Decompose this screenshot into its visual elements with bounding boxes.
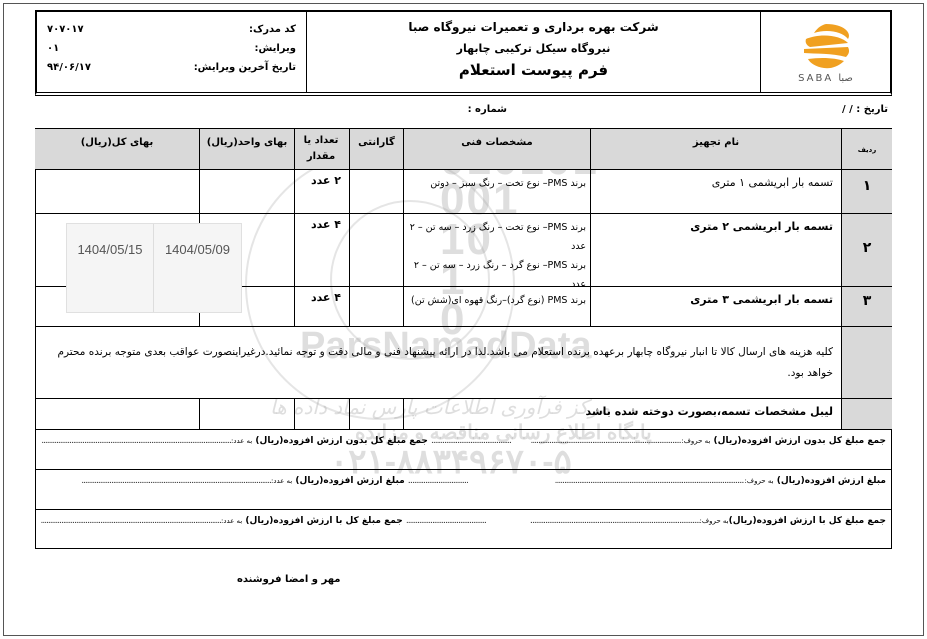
row-number: ۱: [841, 169, 892, 213]
sum-without-vat-words[interactable]: جمع مبلغ کل بدون ارزش افزوده(ریال) به حر…: [531, 436, 886, 446]
item-qty: ۴ عدد: [294, 213, 349, 286]
sum-suffix: به حروف:: [681, 437, 710, 445]
label-row-unit-price: [199, 398, 294, 429]
header-titles: شرکت بهره برداری و تعمیرات نیروگاه صبا ن…: [307, 12, 760, 92]
form-header: کد مدرک: ۷۰۷۰۱۷ ویرایش: ۰۱ تاریخ آخرین و…: [35, 10, 892, 96]
label-row-total-price: [35, 398, 199, 429]
col-header-name: نام تجهیز: [590, 128, 841, 169]
vat-row: مبلغ ارزش افزوده(ریال) به حروف:.........…: [35, 469, 892, 509]
meta-label: کد مدرک:: [249, 20, 296, 39]
item-warranty[interactable]: [349, 213, 403, 286]
col-header-qty: تعداد یا مقدار: [294, 128, 349, 169]
label-row-warranty: [349, 398, 403, 429]
form-title: فرم پیوست استعلام: [307, 61, 760, 79]
vat-digits[interactable]: ........................................…: [41, 476, 468, 486]
items-table: ردیف نام تجهیز مشخصات فنی گارانتی تعداد …: [35, 128, 892, 549]
date-field: تاریخ : / /: [842, 104, 888, 115]
sum-with-vat-row: جمع مبلغ کل با ارزش افزوده(ریال)به حروف:…: [35, 509, 892, 550]
date-number-row: تاریخ : / / شماره :: [35, 100, 892, 122]
sum-without-vat-digits[interactable]: ........................................…: [41, 436, 511, 446]
spec-line: برند PMS– نوع تخت – رنگ زرد – سه تن – ۲ …: [408, 218, 586, 256]
sum-with-vat-digits[interactable]: ........................................…: [41, 516, 486, 526]
logo-text-latin: SABA: [798, 73, 833, 84]
meta-value: ۷۰۷۰۱۷: [47, 20, 84, 39]
saba-logo: SABA صبا: [760, 12, 890, 92]
meta-value: ۹۴/۰۶/۱۷: [47, 58, 91, 77]
meta-last-revision-date: تاریخ آخرین ویرایش: ۹۴/۰۶/۱۷: [47, 58, 296, 77]
fill-dots: ........................................…: [530, 516, 700, 526]
col-header-warranty: گارانتی: [349, 128, 403, 169]
row-number: ۲: [841, 213, 892, 286]
fill-dots: ........................................…: [41, 516, 221, 526]
sum-suffix: به عدد:: [271, 477, 292, 485]
item-qty: ۲ عدد: [294, 169, 349, 213]
number-field: شماره :: [468, 104, 507, 115]
meta-doc-code: کد مدرک: ۷۰۷۰۱۷: [47, 20, 296, 39]
sum-label: مبلغ ارزش افزوده(ریال): [777, 476, 886, 486]
fill-dots: ........................................…: [431, 436, 511, 446]
note-row-marker: [841, 326, 892, 398]
item-unit-price[interactable]: [199, 169, 294, 213]
sum-label: جمع مبلغ کل با ارزش افزوده(ریال): [245, 516, 402, 526]
meta-value: ۰۱: [47, 39, 59, 58]
saba-logo-icon: [796, 21, 856, 71]
col-header-spec: مشخصات فنی: [403, 128, 590, 169]
item-spec: برند PMS– نوع تخت – رنگ سبز – دوتن: [403, 169, 590, 213]
document-meta: کد مدرک: ۷۰۷۰۱۷ ویرایش: ۰۱ تاریخ آخرین و…: [37, 12, 307, 92]
sum-label: جمع مبلغ کل بدون ارزش افزوده(ریال): [255, 436, 427, 446]
col-header-unit-price: بهای واحد(ریال): [199, 128, 294, 169]
col-header-total-price: بهای کل(ریال): [35, 128, 199, 169]
item-spec: برند PMS (نوع گرد)–رنگ قهوه ای(شش تن): [403, 286, 590, 326]
fill-dots: ........................................…: [41, 436, 231, 446]
label-row-marker: [841, 398, 892, 429]
item-warranty[interactable]: [349, 169, 403, 213]
fill-dots: ........................................…: [534, 476, 744, 486]
fill-dots: ........................................…: [406, 516, 486, 526]
fill-dots: ........................................…: [408, 476, 468, 486]
sum-suffix: به حروف:: [744, 477, 773, 485]
plant-name: نیروگاه سیکل ترکیبی چابهار: [307, 42, 760, 55]
sum-without-vat-row: جمع مبلغ کل بدون ارزش افزوده(ریال) به حر…: [35, 429, 892, 469]
meta-label: تاریخ آخرین ویرایش:: [194, 58, 296, 77]
logo-text: SABA صبا: [798, 73, 853, 84]
date-overlay: 1404/05/15 1404/05/09: [66, 223, 242, 313]
sum-label: مبلغ ارزش افزوده(ریال): [295, 476, 404, 486]
shipping-note: کلیه هزینه های ارسال کالا تا انبار نیروگ…: [35, 326, 841, 398]
sum-label: جمع مبلغ کل با ارزش افزوده(ریال): [729, 516, 886, 526]
label-row-qty: [294, 398, 349, 429]
col-header-row-no: ردیف: [841, 128, 892, 169]
overlay-date-2[interactable]: 1404/05/09: [154, 224, 241, 312]
label-note: لیبل مشخصات تسمه،بصورت دوخته شده باشد: [403, 398, 841, 429]
fill-dots: ........................................…: [531, 436, 681, 446]
sum-label: جمع مبلغ کل بدون ارزش افزوده(ریال): [714, 436, 886, 446]
vat-words[interactable]: مبلغ ارزش افزوده(ریال) به حروف:.........…: [534, 476, 886, 486]
sum-suffix: به عدد:: [231, 437, 252, 445]
logo-text-persian: صبا: [838, 73, 853, 84]
meta-label: ویرایش:: [254, 39, 296, 58]
fill-dots: ........................................…: [41, 476, 271, 486]
seller-signature: مهر و امضا فروشنده: [237, 574, 340, 585]
item-name: تسمه بار ابریشمی ۳ متری: [590, 286, 841, 326]
row-number: ۳: [841, 286, 892, 326]
sum-suffix: به حروف:: [700, 517, 729, 525]
item-warranty[interactable]: [349, 286, 403, 326]
item-spec: برند PMS– نوع تخت – رنگ زرد – سه تن – ۲ …: [403, 213, 590, 286]
sum-suffix: به عدد:: [221, 517, 242, 525]
item-total-price[interactable]: [35, 169, 199, 213]
item-name: تسمه بار ابریشمی ۲ متری: [590, 213, 841, 286]
item-qty: ۴ عدد: [294, 286, 349, 326]
company-name: شرکت بهره برداری و تعمیرات نیروگاه صبا: [307, 20, 760, 34]
overlay-date-1[interactable]: 1404/05/15: [67, 224, 154, 312]
meta-revision: ویرایش: ۰۱: [47, 39, 296, 58]
sum-with-vat-words[interactable]: جمع مبلغ کل با ارزش افزوده(ریال)به حروف:…: [530, 516, 887, 526]
item-name: تسمه بار ابریشمی ۱ متری: [590, 169, 841, 213]
